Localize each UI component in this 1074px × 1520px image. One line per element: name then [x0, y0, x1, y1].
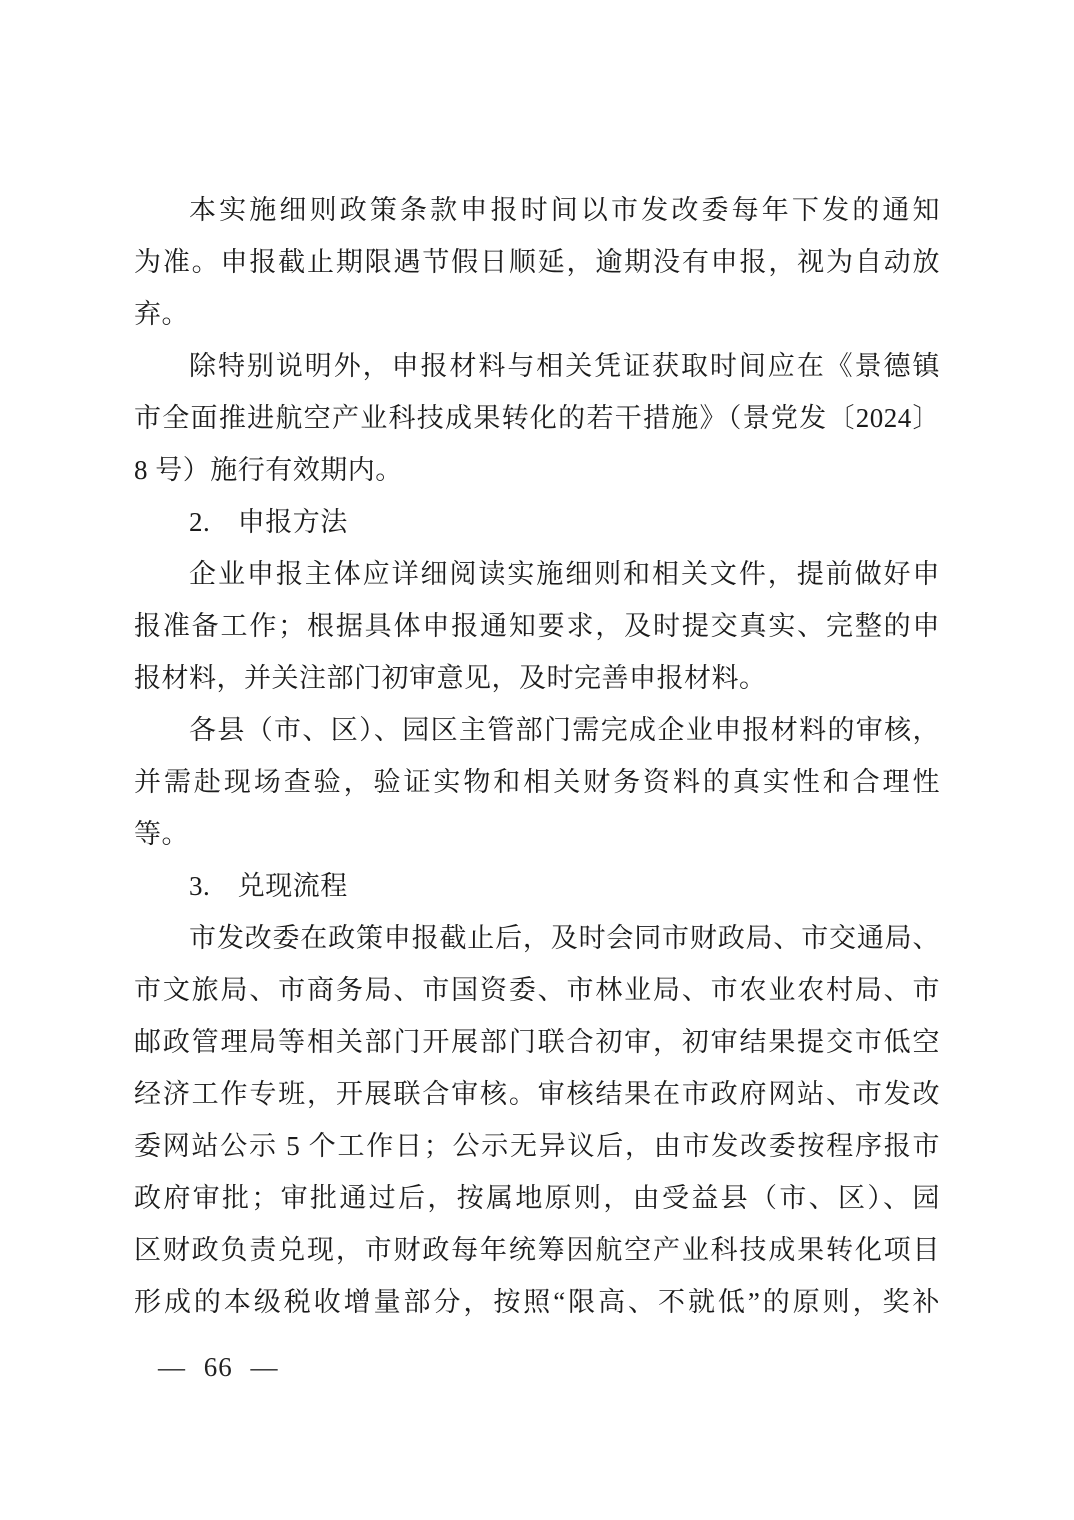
document-page: 本实施细则政策条款申报时间以市发改委每年下发的通知为准。申报截止期限遇节假日顺延…: [0, 0, 1074, 1520]
text-line: 经济工作专班，开展联合审核。审核结果在市政府网站、市发改: [134, 1068, 940, 1120]
text-line: 政府审批；审批通过后，按属地原则，由受益县（市、区）、园: [134, 1172, 940, 1224]
text-line: 邮政管理局等相关部门开展部门联合初审，初审结果提交市低空: [134, 1016, 940, 1068]
text-line: 弃。: [134, 288, 940, 340]
text-line: 市文旅局、市商务局、市国资委、市林业局、市农业农村局、市: [134, 964, 940, 1016]
page-number: — 66 —: [158, 1352, 279, 1383]
text-line: 为准。申报截止期限遇节假日顺延，逾期没有申报，视为自动放: [134, 236, 940, 288]
text-line: 各县（市、区）、园区主管部门需完成企业申报材料的审核，: [134, 704, 940, 756]
text-line: 3. 兑现流程: [134, 860, 940, 912]
text-line: 并需赴现场查验，验证实物和相关财务资料的真实性和合理性: [134, 756, 940, 808]
text-line: 委网站公示 5 个工作日；公示无异议后，由市发改委按程序报市: [134, 1120, 940, 1172]
text-line: 报准备工作；根据具体申报通知要求，及时提交真实、完整的申: [134, 600, 940, 652]
document-body: 本实施细则政策条款申报时间以市发改委每年下发的通知为准。申报截止期限遇节假日顺延…: [134, 184, 940, 1328]
text-line: 2. 申报方法: [134, 496, 940, 548]
text-line: 市发改委在政策申报截止后，及时会同市财政局、市交通局、: [134, 912, 940, 964]
text-line: 等。: [134, 808, 940, 860]
text-line: 除特别说明外，申报材料与相关凭证获取时间应在《景德镇: [134, 340, 940, 392]
text-line: 企业申报主体应详细阅读实施细则和相关文件，提前做好申: [134, 548, 940, 600]
text-line: 市全面推进航空产业科技成果转化的若干措施》（景党发〔2024〕: [134, 392, 940, 444]
text-line: 本实施细则政策条款申报时间以市发改委每年下发的通知: [134, 184, 940, 236]
text-line: 8 号）施行有效期内。: [134, 444, 940, 496]
text-line: 区财政负责兑现，市财政每年统筹因航空产业科技成果转化项目: [134, 1224, 940, 1276]
text-line: 形成的本级税收增量部分，按照“限高、不就低”的原则，奖补: [134, 1276, 940, 1328]
text-line: 报材料，并关注部门初审意见，及时完善申报材料。: [134, 652, 940, 704]
